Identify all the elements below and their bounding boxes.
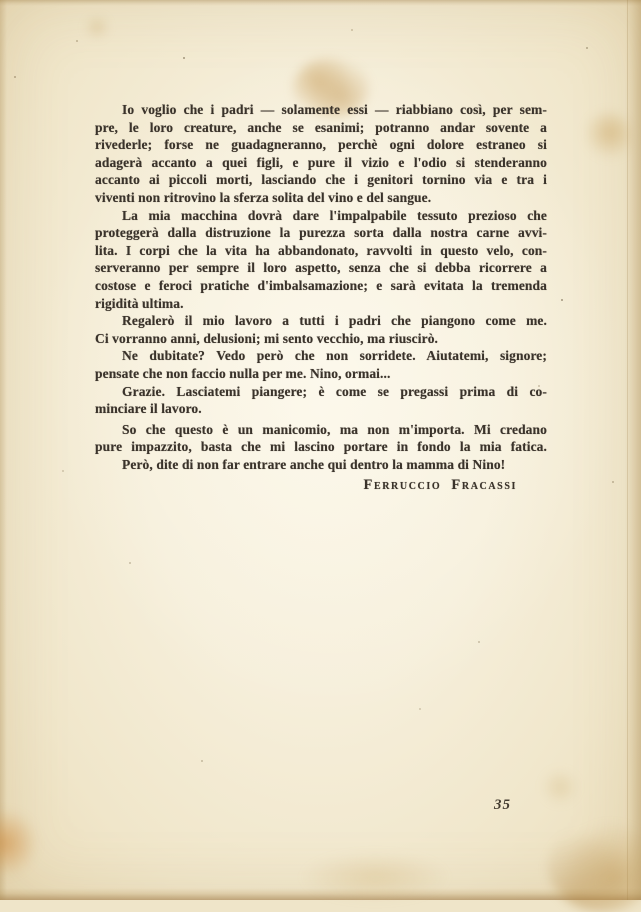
- text-line: rigidità ultima.: [95, 295, 547, 313]
- text-line: Ne dubitate? Vedo però che non sorridete…: [95, 347, 547, 365]
- text-line: adagerà accanto a quei figli, e pure il …: [95, 154, 547, 172]
- paper-stain: [84, 16, 110, 38]
- page-edge-crease: [627, 0, 628, 900]
- text-line: serveranno per sempre il loro aspetto, s…: [95, 259, 547, 277]
- paper-specks: [0, 0, 2, 2]
- text-line: pre, le loro creature, anche se esanimi;…: [95, 119, 547, 137]
- text-line: viventi non ritrovino la sferza solita d…: [95, 189, 547, 207]
- text-line: accanto ai piccoli morti, lasciando che …: [95, 171, 547, 189]
- text-line: lita. I corpi che la vita ha abbandonato…: [95, 242, 547, 260]
- page-edge-top: [0, 0, 641, 6]
- text-line: costose e feroci pratiche d'imbalsamazio…: [95, 277, 547, 295]
- text-line: rivederle; forse ne guadagneranno, perch…: [95, 136, 547, 154]
- paragraph: So che questo è un manicomio, ma non m'i…: [95, 421, 547, 456]
- text-line: Regalerò il mio lavoro a tutti i padri c…: [95, 312, 547, 330]
- text-line: Però, dite di non far entrare anche qui …: [95, 456, 547, 474]
- book-page: Io voglio che i padri — solamente essi —…: [0, 0, 641, 900]
- paragraph: Ne dubitate? Vedo però che non sorridete…: [95, 347, 547, 382]
- page-text: Io voglio che i padri — solamente essi —…: [95, 101, 547, 495]
- text-line: Ci vorranno anni, delusioni; mi sento ve…: [95, 330, 547, 348]
- text-line: So che questo è un manicomio, ma non m'i…: [95, 421, 547, 439]
- paper-stain: [540, 770, 580, 804]
- text-line: minciare il lavoro.: [95, 400, 547, 418]
- text-line: Grazie. Lasciatemi piangere; è come se p…: [95, 383, 547, 401]
- page-edge-bottom: [0, 888, 641, 900]
- paragraph: Grazie. Lasciatemi piangere; è come se p…: [95, 383, 547, 418]
- paragraph: La mia macchina dovrà dare l'impalpabile…: [95, 207, 547, 313]
- paragraph: Io voglio che i padri — solamente essi —…: [95, 101, 547, 207]
- text-line: pensate che non faccio nulla per me. Nin…: [95, 365, 547, 383]
- author-signature: Ferruccio Fracassi: [95, 477, 547, 495]
- paragraph: Regalerò il mio lavoro a tutti i padri c…: [95, 312, 547, 347]
- text-line: pure impazzito, basta che mi lascino por…: [95, 438, 547, 456]
- page-number: 35: [494, 797, 511, 814]
- text-line: La mia macchina dovrà dare l'impalpabile…: [95, 207, 547, 225]
- text-line: proteggerà dalla distruzione la purezza …: [95, 224, 547, 242]
- page-edge-left: [0, 0, 7, 900]
- text-line: Io voglio che i padri — solamente essi —…: [95, 101, 547, 119]
- paragraph: Però, dite di non far entrare anche qui …: [95, 456, 547, 474]
